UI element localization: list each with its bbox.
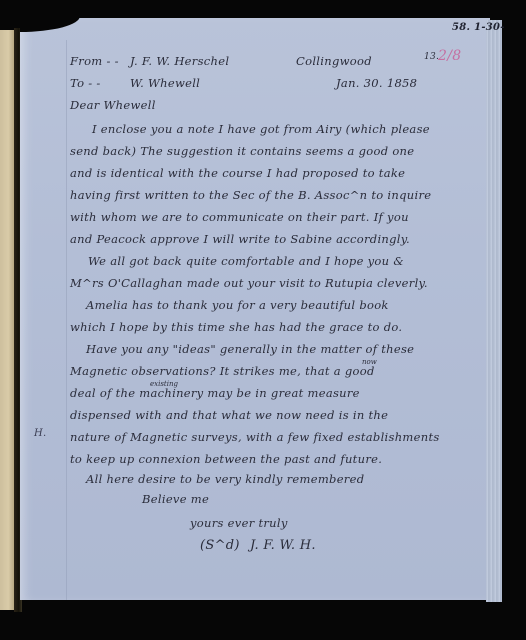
reference-prefix: 13. — [424, 52, 439, 62]
to-label: To - - — [70, 76, 101, 90]
body-line: deal of the machinery may be in great me… — [70, 386, 360, 400]
reference-red-number: 2/8 — [438, 48, 461, 64]
date: Jan. 30. 1858 — [336, 76, 417, 90]
margin-rule — [66, 40, 67, 600]
margin-mark: H. — [34, 428, 47, 439]
from-name: J. F. W. Herschel — [130, 54, 229, 68]
salutation: Dear Whewell — [70, 98, 156, 112]
body-line: M^rs O'Callaghan made out your visit to … — [70, 276, 428, 290]
from-label: From - - — [70, 54, 119, 68]
to-name: W. Whewell — [130, 76, 200, 90]
body-line: Have you any "ideas" generally in the ma… — [86, 342, 414, 356]
body-line: dispensed with and that what we now need… — [70, 408, 388, 422]
closing-believe: Believe me — [142, 492, 209, 506]
body-line: All here desire to be very kindly rememb… — [86, 472, 364, 486]
facing-page-edge — [0, 30, 14, 610]
place: Collingwood — [296, 54, 372, 68]
body-line: send back) The suggestion it contains se… — [70, 144, 414, 158]
body-line: having first written to the Sec of the B… — [70, 188, 431, 202]
closing-signed: (S^d) — [200, 538, 240, 553]
body-line: and Peacock approve I will write to Sabi… — [70, 232, 410, 246]
body-line: and is identical with the course I had p… — [70, 166, 405, 180]
body-line: which I hope by this time she has had th… — [70, 320, 402, 334]
closing-yours: yours ever truly — [190, 516, 288, 530]
body-line: I enclose you a note I have got from Air… — [92, 122, 430, 136]
scanned-letter-scene: 58. 1-30- 13. 2/8 From - - J. F. W. Hers… — [0, 0, 526, 640]
body-line: We all got back quite comfortable and I … — [88, 254, 404, 268]
body-line: nature of Magnetic surveys, with a few f… — [70, 430, 440, 444]
body-line: with whom we are to communicate on their… — [70, 210, 409, 224]
page-stack-edges — [486, 20, 502, 602]
folio-number: 58. 1-30- — [452, 22, 505, 33]
body-line: Amelia has to thank you for a very beaut… — [86, 298, 389, 312]
body-line: Magnetic observations? It strikes me, th… — [70, 364, 375, 378]
body-line: to keep up connexion between the past an… — [70, 452, 382, 466]
signature-initials: J. F. W. H. — [250, 538, 316, 553]
